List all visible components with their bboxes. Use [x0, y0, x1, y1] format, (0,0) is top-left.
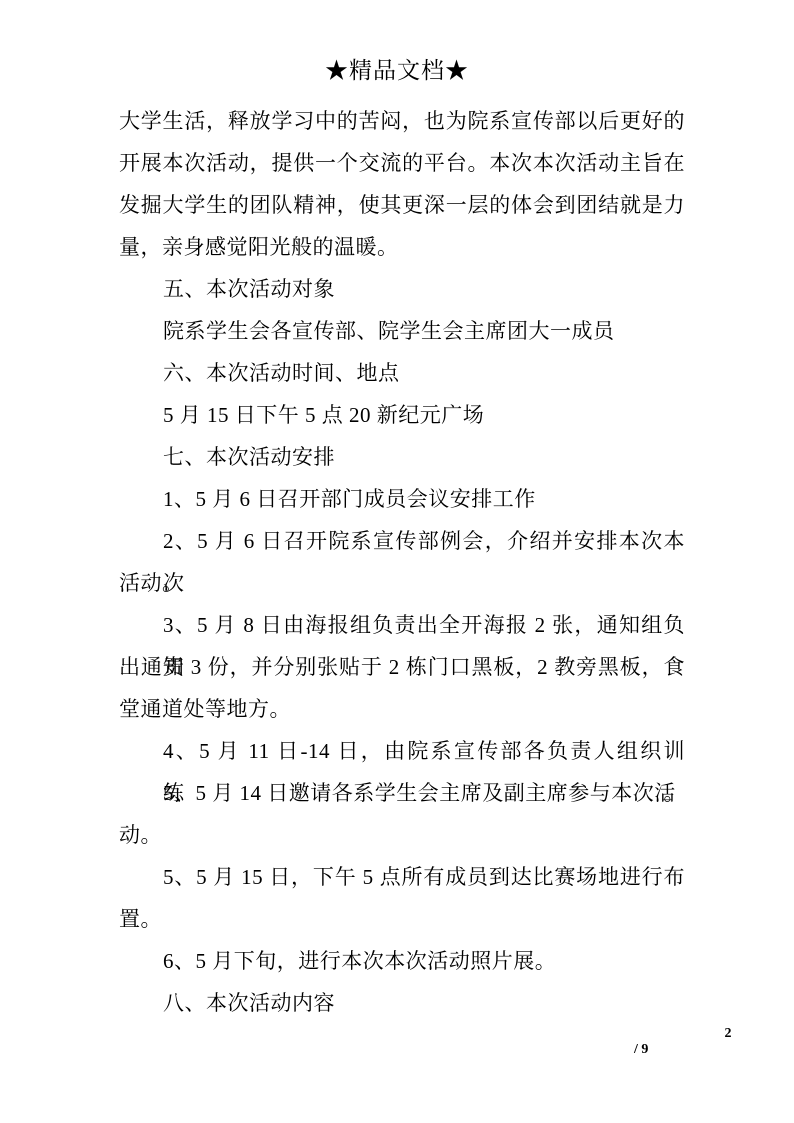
text-line: 4、5 月 11 日-14 日，由院系宣传部各负责人组织训练。 — [119, 730, 685, 772]
text-line: 大学生活，释放学习中的苦闷，也为院系宣传部以后更好的 — [119, 100, 685, 142]
page-header-title: ★精品文档★ — [0, 55, 794, 87]
text-line: 七、本次活动安排 — [119, 436, 685, 478]
text-line: 1、5 月 6 日召开部门成员会议安排工作 — [119, 478, 685, 520]
text-line: 开展本次活动，提供一个交流的平台。本次本次活动主旨在 — [119, 142, 685, 184]
text-line: 八、本次活动内容 — [119, 982, 685, 1024]
text-line: 5、5 月 15 日，下午 5 点所有成员到达比赛场地进行布 — [119, 856, 685, 898]
text-line: 出通知 3 份，并分别张贴于 2 栋门口黑板，2 教旁黑板，食 — [119, 646, 685, 688]
text-line: 6、5 月下旬，进行本次本次活动照片展。 — [119, 940, 685, 982]
footer-page-total: / 9 — [634, 1042, 648, 1058]
text-line: 发掘大学生的团队精神，使其更深一层的体会到团结就是力 — [119, 184, 685, 226]
text-line: 六、本次活动时间、地点 — [119, 352, 685, 394]
text-line: 2、5 月 6 日召开院系宣传部例会，介绍并安排本次本次 — [119, 520, 685, 562]
text-line: 3、5 月 8 日由海报组负责出全开海报 2 张，通知组负责 — [119, 604, 685, 646]
text-line: 活动。 — [119, 562, 685, 604]
text-line: 五、本次活动对象 — [119, 268, 685, 310]
text-body: 大学生活，释放学习中的苦闷，也为院系宣传部以后更好的开展本次活动，提供一个交流的… — [119, 100, 685, 1024]
footer-page-number: 2 — [716, 1026, 740, 1042]
text-line: 5 月 15 日下午 5 点 20 新纪元广场 — [119, 394, 685, 436]
text-line: 动。 — [119, 814, 685, 856]
document-page: ★精品文档★ 大学生活，释放学习中的苦闷，也为院系宣传部以后更好的开展本次活动，… — [0, 0, 794, 1123]
text-line: 院系学生会各宣传部、院学生会主席团大一成员 — [119, 310, 685, 352]
text-line: 堂通道处等地方。 — [119, 688, 685, 730]
text-line: 5、5 月 14 日邀请各系学生会主席及副主席参与本次活 — [119, 772, 685, 814]
text-line: 量，亲身感觉阳光般的温暖。 — [119, 226, 685, 268]
text-line: 置。 — [119, 898, 685, 940]
